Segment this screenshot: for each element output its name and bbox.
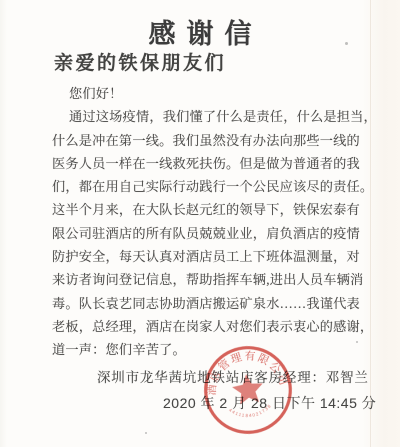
letter-line: 医务人员一样在一线救死扶伤。但是做为普通者的我 bbox=[52, 152, 364, 175]
letter-line: 这半个月来，在大队长赵元红的领导下，铁保宏泰有 bbox=[52, 198, 364, 221]
letter-line: 通过这场疫情，我们懂了什么是责任，什么是担当， bbox=[52, 105, 364, 128]
letter-line: 来访者询问登记信息，帮助指挥车辆,进出人员车辆消 bbox=[52, 268, 364, 291]
scanned-letter-page: 感谢信 亲爱的铁保朋友们 您们好！通过这场疫情，我们懂了什么是责任，什么是担当，… bbox=[0, 0, 400, 447]
scan-speck bbox=[356, 341, 358, 343]
letter-line: 什么是冲在第一线。我们虽然没有办法向那些一线的 bbox=[52, 129, 364, 152]
letter-line: 毒。队长袁艺同志协助酒店搬运矿泉水……我谨代表 bbox=[52, 292, 364, 315]
salutation: 亲爱的铁保朋友们 bbox=[54, 48, 226, 75]
letter-line: 老板，总经理，酒店在岗家人对您们表示衷心的感谢， bbox=[52, 315, 364, 338]
stamp-serial: 4411184021738 bbox=[228, 402, 274, 420]
stamp-star-icon bbox=[231, 372, 265, 405]
letter-body: 您们好！通过这场疫情，我们懂了什么是责任，什么是担当，什么是冲在第一线。我们虽然… bbox=[52, 82, 364, 362]
letter-line: 们，都在用自己实际行动践行一个公民应该尽的责任。 bbox=[52, 175, 364, 198]
svg-text:4411184021738: 4411184021738 bbox=[228, 402, 274, 420]
scan-speck bbox=[352, 188, 354, 190]
letter-line: 防护安全，每天认真对酒店员工上下班体温测量，对 bbox=[52, 245, 364, 268]
official-stamp-seal: 酒店管理有限公司 4411184021738 bbox=[196, 338, 301, 443]
letter-line: 您们好！ bbox=[52, 82, 364, 105]
letter-line: 限公司驻酒店的所有队员兢兢业业，肩负酒店的疫情 bbox=[52, 222, 364, 245]
official-stamp: 酒店管理有限公司 4411184021738 bbox=[196, 338, 301, 443]
paper-crease bbox=[370, 0, 371, 447]
scan-speck bbox=[345, 42, 348, 45]
letter-title: 感谢信 bbox=[0, 12, 400, 51]
scan-speck bbox=[145, 432, 147, 434]
